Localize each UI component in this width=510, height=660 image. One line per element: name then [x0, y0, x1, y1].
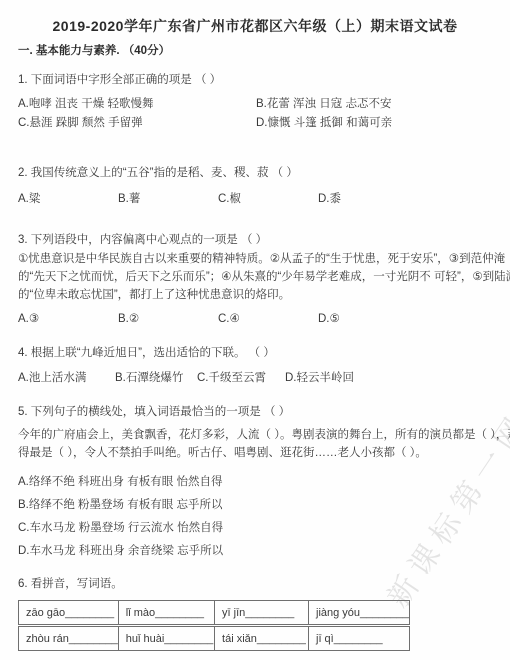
question-5-option-a: A.络绎不绝 科班出身 有板有眼 怡然自得: [18, 471, 510, 494]
question-2-option-d: D.黍: [318, 191, 510, 207]
question-5-option-c: C.车水马龙 粉墨登场 行云流水 怡然自得: [18, 517, 510, 540]
question-1-option-d: D.慷慨 斗篷 抵御 和蔼可亲: [256, 115, 510, 131]
question-3-option-c: C.④: [218, 311, 318, 327]
question-1: 1. 下面词语中字形全部正确的项是 （ ） A.咆哮 沮丧 干燥 轻歌慢舞 B.…: [18, 72, 510, 131]
question-2-option-b: B.薯: [118, 191, 218, 207]
question-1-stem: 1. 下面词语中字形全部正确的项是 （ ）: [18, 72, 510, 88]
paper-title: 2019-2020学年广东省广州市花都区六年级（上）期末语文试卷: [0, 16, 510, 36]
question-3-passage: ①忧患意识是中华民族自古以来重要的精神特质。②从孟子的“生于忧患，死于安乐”，③…: [18, 250, 510, 304]
exam-paper-page: 新课标第一网 2019-2020学年广东省广州市花都区六年级（上）期末语文试卷 …: [0, 0, 510, 660]
question-1-option-a: A.咆哮 沮丧 干燥 轻歌慢舞: [18, 96, 256, 112]
question-2-option-c: C.椒: [218, 191, 318, 207]
question-4-options: A.池上活水满 B.石潭绕爆竹 C.千级至云霄 D.轻云半岭回: [18, 370, 510, 386]
question-4-stem: 4. 根据上联“九峰近旭日”，选出适恰的下联。 （ ）: [18, 345, 510, 361]
pinyin-table: zāo gāo________ lǐ mào________ yī jīn___…: [18, 600, 410, 651]
question-3-stem: 3. 下列语段中，内容偏离中心观点的一项是 （ ）: [18, 232, 510, 248]
question-5-option-b: B.络绎不绝 粉墨登场 有板有眼 忘乎所以: [18, 494, 510, 517]
question-5-options: A.络绎不绝 科班出身 有板有眼 怡然自得 B.络绎不绝 粉墨登场 有板有眼 忘…: [18, 471, 510, 563]
question-5-option-d: D.车水马龙 科班出身 余音绕梁 忘乎所以: [18, 540, 510, 563]
pinyin-table-row: zhòu rán________ huǐ huài________ tái xi…: [19, 626, 410, 651]
pinyin-cell: tái xiǎn________: [215, 626, 309, 651]
question-4-option-b: B.石潭绕爆竹: [115, 370, 197, 386]
question-5: 5. 下列句子的横线处，填入词语最恰当的一项是 （ ） 今年的广府庙会上，美食飘…: [18, 404, 510, 563]
pinyin-cell: zhòu rán________: [19, 626, 119, 651]
pinyin-cell: jiàng yóu________: [309, 601, 410, 626]
pinyin-cell: huǐ huài________: [118, 626, 214, 651]
question-2-option-a: A.粱: [18, 191, 118, 207]
question-2-options: A.粱 B.薯 C.椒 D.黍: [18, 191, 510, 207]
pinyin-cell: zāo gāo________: [19, 601, 119, 626]
question-5-passage: 今年的广府庙会上，美食飘香，花灯多彩，人流（ ）。粤剧表演的舞台上，所有的演员都…: [18, 426, 510, 462]
question-3-option-b: B.②: [118, 311, 218, 327]
section-heading: 一. 基本能力与素养. （40分）: [18, 42, 170, 58]
question-3-option-a: A.③: [18, 311, 118, 327]
pinyin-cell: yī jīn________: [215, 601, 309, 626]
question-5-stem: 5. 下列句子的横线处，填入词语最恰当的一项是 （ ）: [18, 404, 510, 420]
question-4-option-d: D.轻云半岭回: [285, 370, 510, 386]
question-3: 3. 下列语段中，内容偏离中心观点的一项是 （ ） ①忧患意识是中华民族自古以来…: [18, 232, 510, 327]
question-6: 6. 看拼音，写词语。: [18, 576, 510, 592]
question-1-options: A.咆哮 沮丧 干燥 轻歌慢舞 B.花蕾 浑浊 日寇 忐忑不安 C.悬涯 跺脚 …: [18, 96, 510, 131]
question-1-option-b: B.花蕾 浑浊 日寇 忐忑不安: [256, 96, 510, 112]
question-3-option-d: D.⑤: [318, 311, 510, 327]
question-3-options: A.③ B.② C.④ D.⑤: [18, 311, 510, 327]
question-6-stem: 6. 看拼音，写词语。: [18, 576, 510, 592]
question-1-option-c: C.悬涯 跺脚 颓然 手留弹: [18, 115, 256, 131]
question-4-option-a: A.池上活水满: [18, 370, 115, 386]
question-4-option-c: C.千级至云霄: [197, 370, 285, 386]
pinyin-cell: jī qì________: [309, 626, 410, 651]
question-4: 4. 根据上联“九峰近旭日”，选出适恰的下联。 （ ） A.池上活水满 B.石潭…: [18, 345, 510, 386]
pinyin-table-row: zāo gāo________ lǐ mào________ yī jīn___…: [19, 601, 410, 626]
question-2-stem: 2. 我国传统意义上的“五谷”指的是稻、麦、稷、菽 （ ）: [18, 165, 510, 181]
question-2: 2. 我国传统意义上的“五谷”指的是稻、麦、稷、菽 （ ） A.粱 B.薯 C.…: [18, 165, 510, 207]
pinyin-cell: lǐ mào________: [118, 601, 214, 626]
